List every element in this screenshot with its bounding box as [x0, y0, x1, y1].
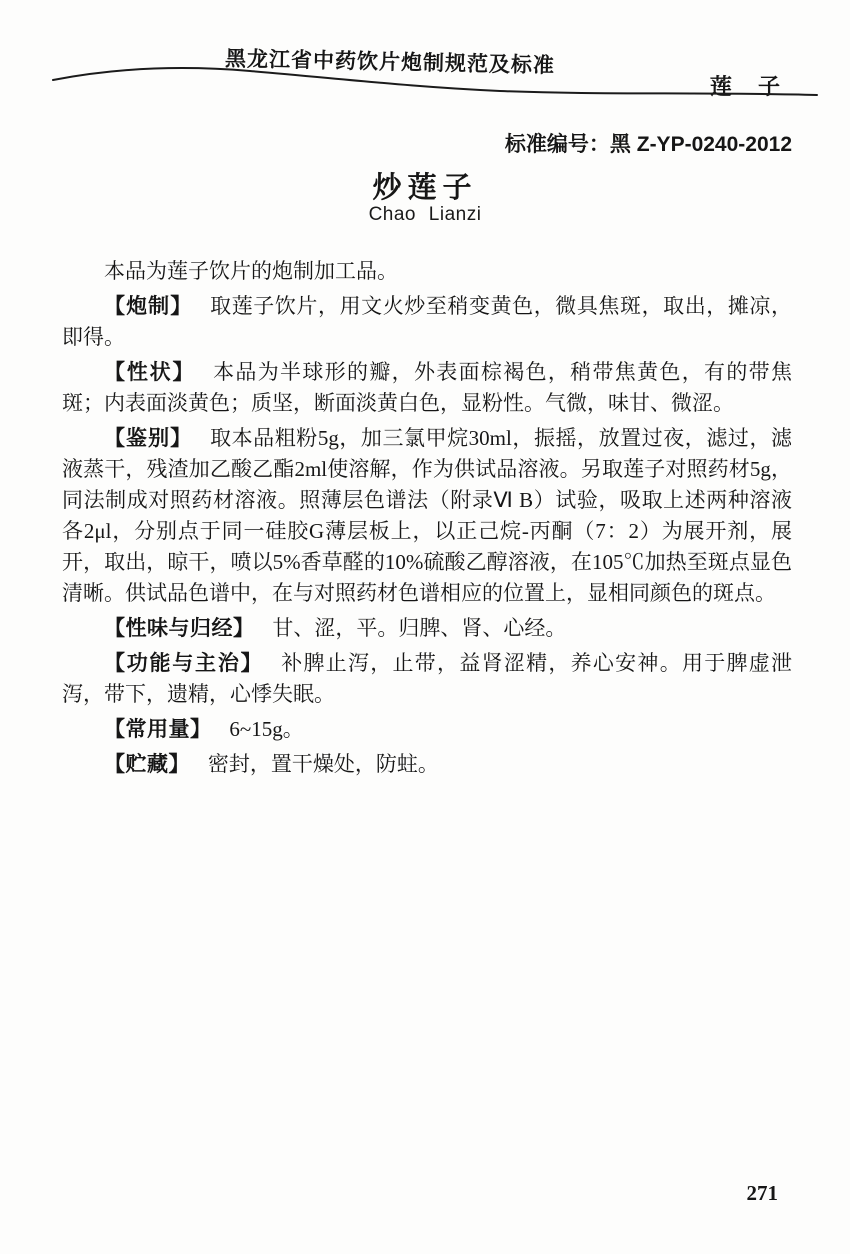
- section-label: 【贮藏】: [104, 753, 190, 776]
- section-text: 密封，置干燥处，防蛀。: [208, 752, 439, 776]
- page-number: 271: [747, 1181, 779, 1206]
- section-paragraph-gongneng-zhuzhi: 【功能与主治】补脾止泻，止带，益肾涩精，养心安神。用于脾虚泄泻，带下，遗精，心悸…: [62, 648, 792, 710]
- section-paragraph-changyongliang: 【常用量】6~15g。: [62, 714, 792, 745]
- intro-paragraph: 本品为莲子饮片的炮制加工品。: [62, 256, 792, 287]
- intro-text: 本品为莲子饮片的炮制加工品。: [104, 259, 398, 283]
- document-page: 黑龙江省中药饮片炮制规范及标准 莲 子 标准编号：黑 Z-YP-0240-201…: [0, 0, 850, 1254]
- section-paragraph-xingwei-guijing: 【性味与归经】甘、涩，平。归脾、肾、心经。: [62, 613, 792, 644]
- section-label: 【炮制】: [104, 295, 192, 318]
- section-label: 【功能与主治】: [104, 652, 263, 675]
- section-label: 【性味与归经】: [104, 617, 255, 640]
- section-label: 【性状】: [104, 361, 195, 384]
- section-paragraph-jianbie: 【鉴别】取本品粗粉5g，加三氯甲烷30ml，振摇，放置过夜，滤过，滤液蒸干，残渣…: [62, 423, 792, 609]
- section-paragraph-xingzhuang: 【性状】本品为半球形的瓣，外表面棕褐色，稍带焦黄色，有的带焦斑；内表面淡黄色；质…: [62, 357, 792, 419]
- section-label: 【常用量】: [104, 718, 212, 741]
- standard-number: 标准编号：黑 Z-YP-0240-2012: [505, 128, 792, 158]
- section-text: 取本品粗粉5g，加三氯甲烷30ml，振摇，放置过夜，滤过，滤液蒸干，残渣加乙酸乙…: [62, 426, 792, 605]
- monograph-body: 本品为莲子饮片的炮制加工品。 【炮制】取莲子饮片，用文火炒至稍变黄色，微具焦斑，…: [62, 256, 792, 780]
- section-text: 甘、涩，平。归脾、肾、心经。: [272, 616, 566, 640]
- section-label: 【鉴别】: [104, 427, 192, 450]
- page-title-pinyin: Chao Lianzi: [0, 204, 850, 226]
- section-paragraph-paozhi: 【炮制】取莲子饮片，用文火炒至稍变黄色，微具焦斑，取出，摊凉，即得。: [62, 291, 792, 353]
- section-text: 6~15g。: [229, 717, 303, 741]
- page-title: 炒莲子: [0, 165, 850, 206]
- header-rule-line: [45, 62, 825, 106]
- section-paragraph-zhucang: 【贮藏】密封，置干燥处，防蛀。: [62, 749, 792, 780]
